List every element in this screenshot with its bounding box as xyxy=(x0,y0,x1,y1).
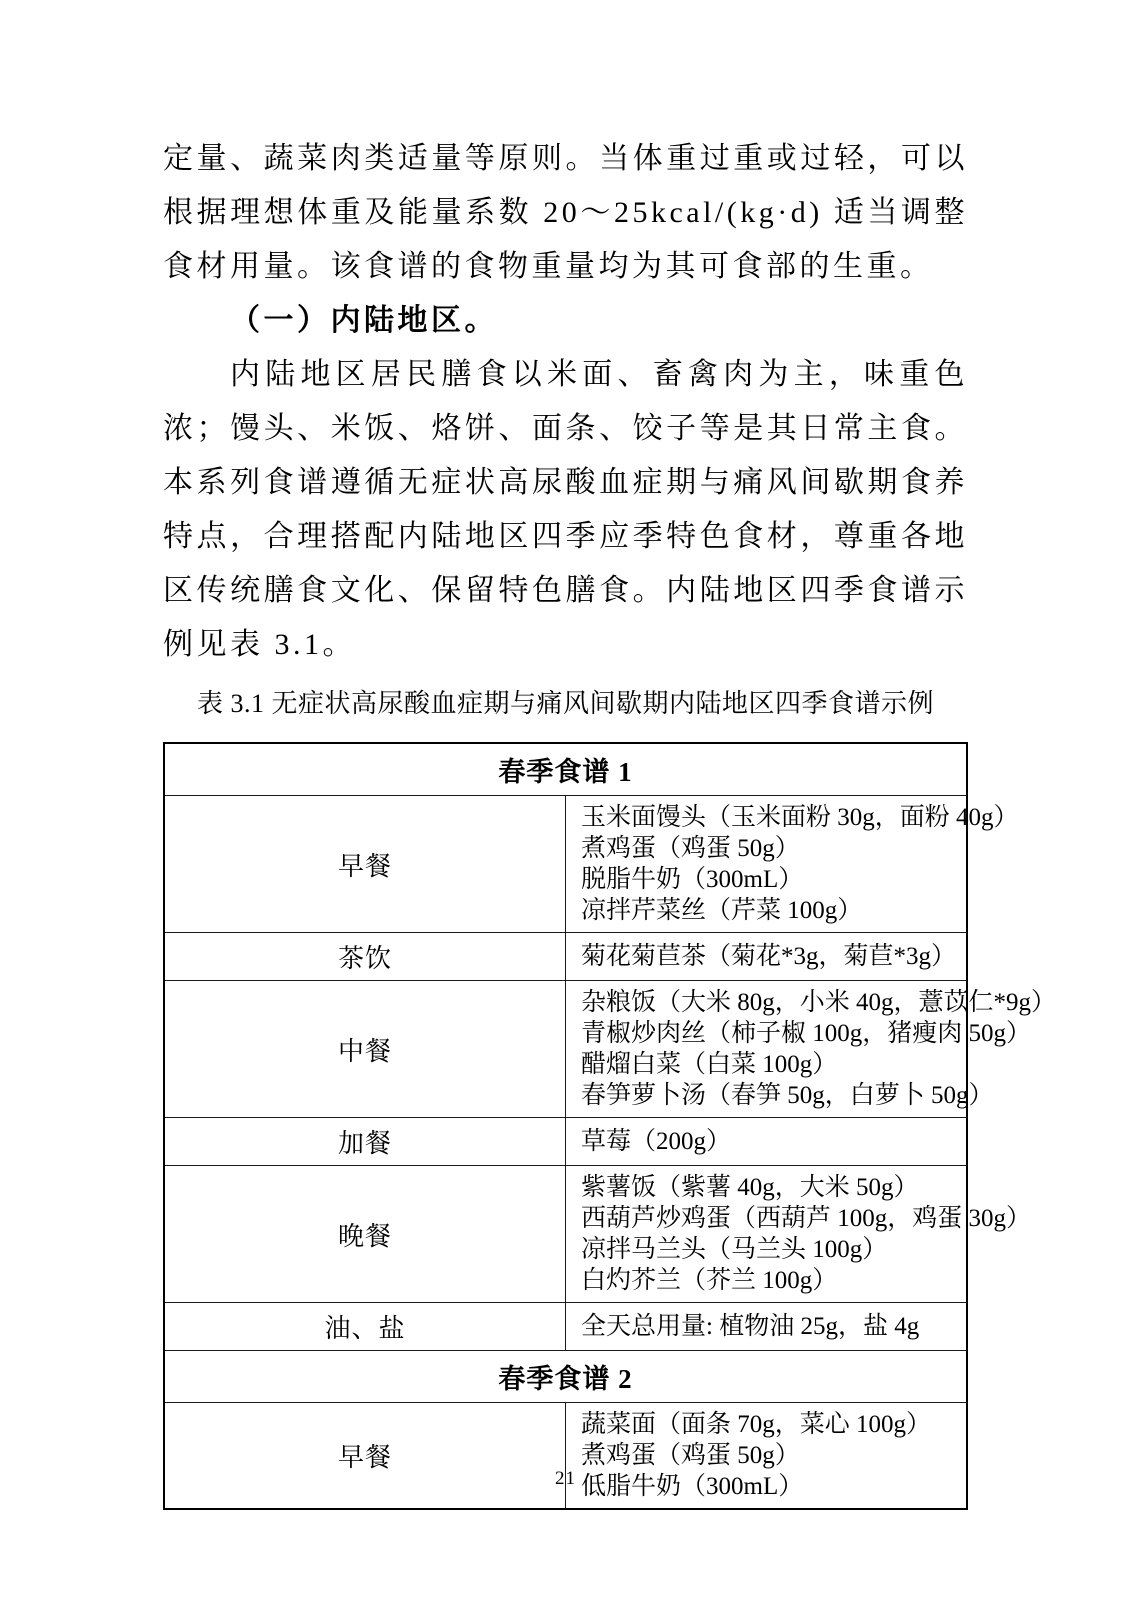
meal-label: 晚餐 xyxy=(164,1166,566,1303)
table-section-title: 春季食谱 1 xyxy=(164,743,967,796)
meal-items: 蔬菜面（面条 70g，菜心 100g）煮鸡蛋（鸡蛋 50g）低脂牛奶（300mL… xyxy=(566,1403,968,1510)
meal-item-line: 凉拌马兰头（马兰头 100g） xyxy=(581,1234,956,1265)
meal-label: 油、盐 xyxy=(164,1303,566,1351)
table-row: 加餐草莓（200g） xyxy=(164,1118,967,1166)
meal-item-line: 凉拌芹菜丝（芹菜 100g） xyxy=(581,895,956,926)
paragraph-energy-adjustment: 定量、蔬菜肉类适量等原则。当体重过重或过轻，可以根据理想体重及能量系数 20～2… xyxy=(163,132,968,294)
meal-item-line: 玉米面馒头（玉米面粉 30g，面粉 40g） xyxy=(581,802,956,833)
table-row: 晚餐紫薯饭（紫薯 40g，大米 50g）西葫芦炒鸡蛋（西葫芦 100g，鸡蛋 3… xyxy=(164,1166,967,1303)
meal-item-line: 西葫芦炒鸡蛋（西葫芦 100g，鸡蛋 30g） xyxy=(581,1203,956,1234)
table-row: 早餐蔬菜面（面条 70g，菜心 100g）煮鸡蛋（鸡蛋 50g）低脂牛奶（300… xyxy=(164,1403,967,1510)
meal-items: 紫薯饭（紫薯 40g，大米 50g）西葫芦炒鸡蛋（西葫芦 100g，鸡蛋 30g… xyxy=(566,1166,968,1303)
meal-items: 草莓（200g） xyxy=(566,1118,968,1166)
section-heading-inland-region: （一）内陆地区。 xyxy=(163,294,968,348)
meal-item-line: 煮鸡蛋（鸡蛋 50g） xyxy=(581,833,956,864)
meal-item-line: 春笋萝卜汤（春笋 50g，白萝卜 50g） xyxy=(581,1080,956,1111)
page-content: 定量、蔬菜肉类适量等原则。当体重过重或过轻，可以根据理想体重及能量系数 20～2… xyxy=(163,132,968,1510)
meal-item-line: 紫薯饭（紫薯 40g，大米 50g） xyxy=(581,1172,956,1203)
meal-table-body: 春季食谱 1早餐玉米面馒头（玉米面粉 30g，面粉 40g）煮鸡蛋（鸡蛋 50g… xyxy=(164,743,967,1509)
paragraph-inland-diet-description: 内陆地区居民膳食以米面、畜禽肉为主，味重色浓；馒头、米饭、烙饼、面条、饺子等是其… xyxy=(163,348,968,672)
table-row: 早餐玉米面馒头（玉米面粉 30g，面粉 40g）煮鸡蛋（鸡蛋 50g）脱脂牛奶（… xyxy=(164,796,967,933)
document-page: 定量、蔬菜肉类适量等原则。当体重过重或过轻，可以根据理想体重及能量系数 20～2… xyxy=(0,0,1131,1600)
meal-item-line: 蔬菜面（面条 70g，菜心 100g） xyxy=(581,1409,956,1440)
page-number: 21 xyxy=(0,1468,1131,1490)
meal-items: 全天总用量: 植物油 25g，盐 4g xyxy=(566,1303,968,1351)
meal-item-line: 白灼芥兰（芥兰 100g） xyxy=(581,1265,956,1296)
meal-label: 中餐 xyxy=(164,981,566,1118)
table-row: 茶饮菊花菊苣茶（菊花*3g，菊苣*3g） xyxy=(164,933,967,981)
meal-item-line: 杂粮饭（大米 80g，小米 40g，薏苡仁*9g） xyxy=(581,987,956,1018)
meal-item-line: 青椒炒肉丝（柿子椒 100g，猪瘦肉 50g） xyxy=(581,1018,956,1049)
meal-plan-table: 春季食谱 1早餐玉米面馒头（玉米面粉 30g，面粉 40g）煮鸡蛋（鸡蛋 50g… xyxy=(163,742,968,1510)
meal-item-line: 草莓（200g） xyxy=(581,1126,956,1157)
meal-item-line: 菊花菊苣茶（菊花*3g，菊苣*3g） xyxy=(581,941,956,972)
meal-item-line: 脱脂牛奶（300mL） xyxy=(581,864,956,895)
table-caption: 表 3.1 无症状高尿酸血症期与痛风间歇期内陆地区四季食谱示例 xyxy=(163,684,968,724)
meal-label: 早餐 xyxy=(164,1403,566,1510)
table-row: 油、盐全天总用量: 植物油 25g，盐 4g xyxy=(164,1303,967,1351)
meal-item-line: 醋熘白菜（白菜 100g） xyxy=(581,1049,956,1080)
meal-items: 玉米面馒头（玉米面粉 30g，面粉 40g）煮鸡蛋（鸡蛋 50g）脱脂牛奶（30… xyxy=(566,796,968,933)
table-section-title: 春季食谱 2 xyxy=(164,1351,967,1403)
meal-items: 杂粮饭（大米 80g，小米 40g，薏苡仁*9g）青椒炒肉丝（柿子椒 100g，… xyxy=(566,981,968,1118)
table-section-row: 春季食谱 2 xyxy=(164,1351,967,1403)
meal-label: 早餐 xyxy=(164,796,566,933)
meal-label: 茶饮 xyxy=(164,933,566,981)
meal-item-line: 煮鸡蛋（鸡蛋 50g） xyxy=(581,1440,956,1471)
meal-item-line: 全天总用量: 植物油 25g，盐 4g xyxy=(581,1311,956,1342)
table-row: 中餐杂粮饭（大米 80g，小米 40g，薏苡仁*9g）青椒炒肉丝（柿子椒 100… xyxy=(164,981,967,1118)
table-section-row: 春季食谱 1 xyxy=(164,743,967,796)
meal-label: 加餐 xyxy=(164,1118,566,1166)
meal-items: 菊花菊苣茶（菊花*3g，菊苣*3g） xyxy=(566,933,968,981)
